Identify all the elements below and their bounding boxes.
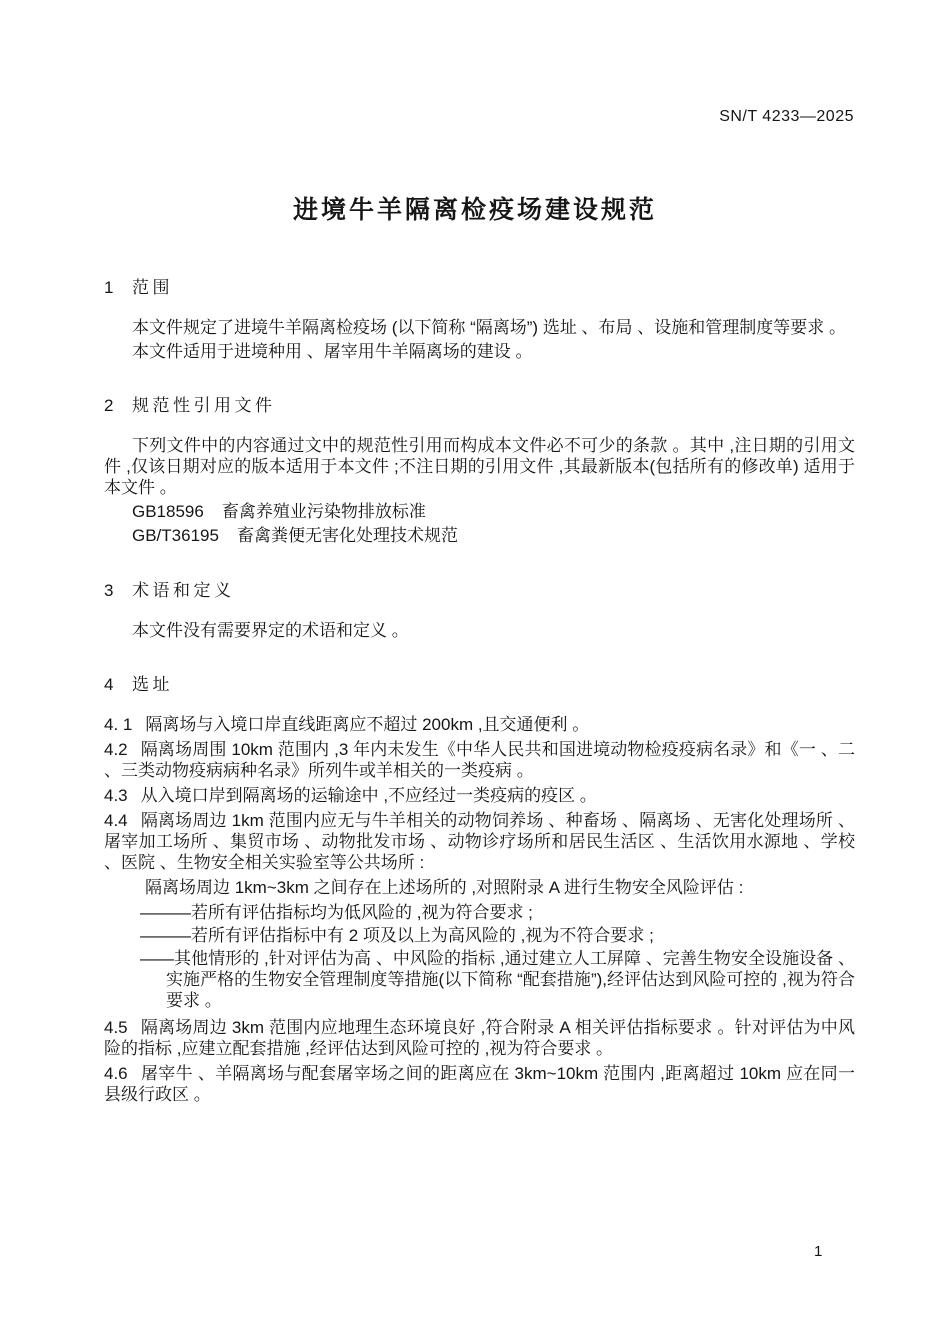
section-heading: 4选址 [104, 674, 855, 695]
reference-name: 畜禽粪便无害化处理技术规范 [237, 526, 458, 545]
clause-number: 4. 1 [104, 715, 132, 734]
reference-code: GB18596 [132, 502, 204, 521]
clause-4-6: 4.6屠宰牛 、羊隔离场与配套屠宰场之间的距离应在 3km~10km 范围内 ,… [104, 1063, 855, 1105]
clause-4-1: 4. 1隔离场与入境口岸直线距离应不超过 200km ,且交通便利 。 [104, 714, 855, 735]
section-terms-definitions: 3术语和定义 本文件没有需要界定的术语和定义 。 [104, 580, 855, 641]
paragraph: 本文件没有需要界定的术语和定义 。 [104, 620, 855, 641]
reference-line: GB/T36195畜禽粪便无害化处理技术规范 [104, 525, 855, 547]
section-normative-references: 2规范性引用文件 下列文件中的内容通过文中的规范性引用而构成本文件必不可少的条款… [104, 395, 855, 547]
section-heading: 1范围 [104, 277, 855, 298]
doc-code: SN/T 4233—2025 [719, 108, 854, 126]
dash-list-item: ——其他情形的 ,针对评估为高 、中风险的指标 ,通过建立人工屏障 、完善生物安… [104, 948, 855, 1011]
clause-text: 隔离场周边 1km 范围内应无与牛羊相关的动物饲养场 、种畜场 、隔离场 、无害… [104, 811, 855, 872]
section-label: 范围 [132, 278, 173, 297]
clause-number: 4.2 [104, 740, 128, 759]
section-site-selection: 4选址 4. 1隔离场与入境口岸直线距离应不超过 200km ,且交通便利 。 … [104, 674, 855, 1105]
clause-4-4-subparagraph: 隔离场周边 1km~3km 之间存在上述场所的 ,对照附录 A 进行生物安全风险… [104, 877, 855, 898]
clause-text: 屠宰牛 、羊隔离场与配套屠宰场之间的距离应在 3km~10km 范围内 ,距离超… [104, 1064, 855, 1104]
clause-number: 4.5 [104, 1018, 128, 1037]
reference-line: GB18596畜禽养殖业污染物排放标准 [104, 501, 855, 523]
paragraph: 下列文件中的内容通过文中的规范性引用而构成本文件必不可少的条款 。其中 ,注日期… [104, 435, 855, 498]
clause-text: 隔离场与入境口岸直线距离应不超过 200km ,且交通便利 。 [145, 715, 589, 734]
doc-title: 进境牛羊隔离检疫场建设规范 [0, 190, 950, 226]
clause-4-2: 4.2隔离场周围 10km 范围内 ,3 年内未发生《中华人民共和国进境动物检疫… [104, 739, 855, 781]
dash-list-item: ———若所有评估指标中有 2 项及以上为高风险的 ,视为不符合要求 ; [104, 925, 855, 946]
section-number: 2 [104, 395, 116, 416]
section-label: 术语和定义 [132, 581, 235, 600]
document-page: SN/T 4233—2025 进境牛羊隔离检疫场建设规范 1范围 本文件规定了进… [0, 0, 950, 1344]
reference-code: GB/T36195 [132, 526, 219, 545]
page-number: 1 [814, 1243, 822, 1260]
paragraph: 本文件规定了进境牛羊隔离检疫场 (以下简称 “隔离场”) 选址 、布局 、设施和… [104, 317, 855, 338]
section-heading: 2规范性引用文件 [104, 395, 855, 416]
section-label: 选址 [132, 675, 173, 694]
clause-4-3: 4.3从入境口岸到隔离场的运输途中 ,不应经过一类疫病的疫区 。 [104, 785, 855, 806]
reference-list: GB18596畜禽养殖业污染物排放标准 GB/T36195畜禽粪便无害化处理技术… [104, 501, 855, 547]
document-body: 1范围 本文件规定了进境牛羊隔离检疫场 (以下简称 “隔离场”) 选址 、布局 … [104, 277, 855, 1138]
dash-list-item: ———若所有评估指标均为低风险的 ,视为符合要求 ; [104, 902, 855, 923]
section-label: 规范性引用文件 [132, 396, 276, 415]
clause-4-4: 4.4隔离场周边 1km 范围内应无与牛羊相关的动物饲养场 、种畜场 、隔离场 … [104, 810, 855, 873]
section-number: 4 [104, 674, 116, 695]
section-number: 3 [104, 580, 116, 601]
clause-number: 4.6 [104, 1064, 128, 1083]
section-scope: 1范围 本文件规定了进境牛羊隔离检疫场 (以下简称 “隔离场”) 选址 、布局 … [104, 277, 855, 362]
section-number: 1 [104, 277, 116, 298]
paragraph: 本文件适用于进境种用 、屠宰用牛羊隔离场的建设 。 [104, 341, 855, 362]
clause-text: 从入境口岸到隔离场的运输途中 ,不应经过一类疫病的疫区 。 [141, 786, 597, 805]
section-heading: 3术语和定义 [104, 580, 855, 601]
clause-4-5: 4.5隔离场周边 3km 范围内应地理生态环境良好 ,符合附录 A 相关评估指标… [104, 1017, 855, 1059]
clause-text: 隔离场周围 10km 范围内 ,3 年内未发生《中华人民共和国进境动物检疫疫病名… [104, 740, 855, 780]
clause-number: 4.3 [104, 786, 128, 805]
reference-name: 畜禽养殖业污染物排放标准 [222, 502, 426, 521]
clause-number: 4.4 [104, 811, 128, 830]
clause-text: 隔离场周边 3km 范围内应地理生态环境良好 ,符合附录 A 相关评估指标要求 … [104, 1018, 855, 1058]
dash-list: ———若所有评估指标均为低风险的 ,视为符合要求 ; ———若所有评估指标中有 … [104, 902, 855, 1011]
